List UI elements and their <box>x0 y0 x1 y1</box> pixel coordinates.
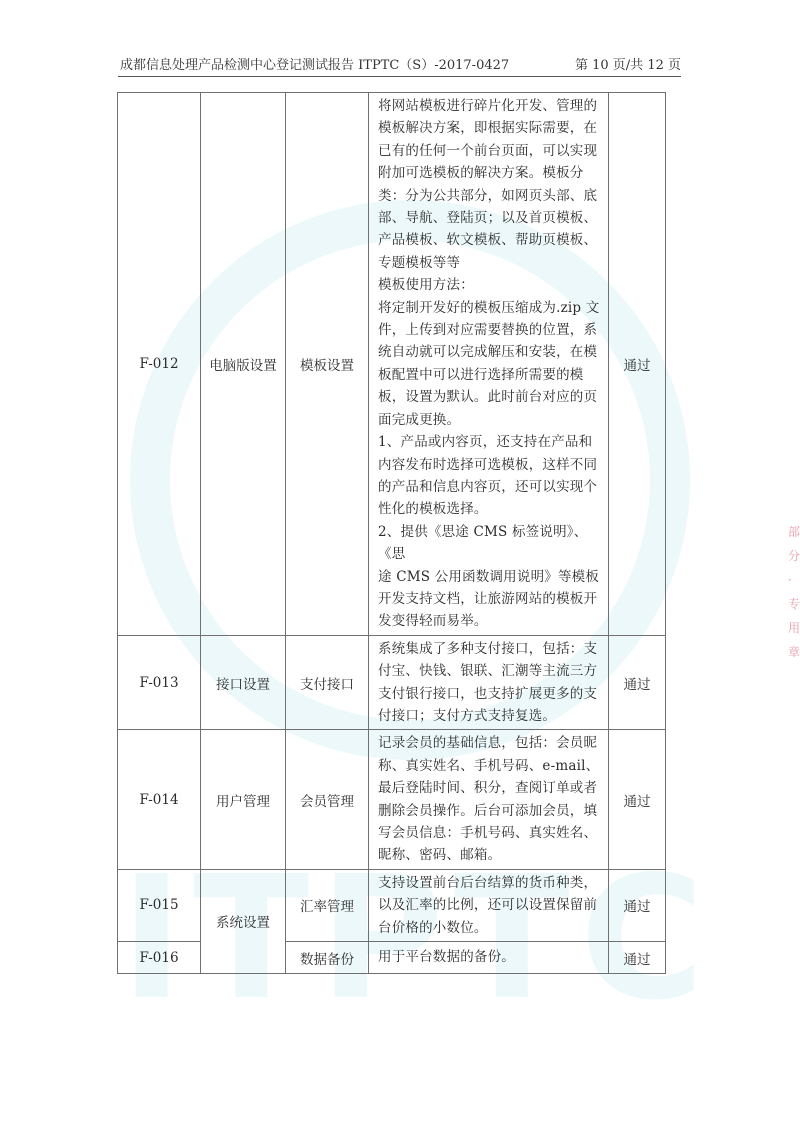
result-cell: 通过 <box>609 93 666 636</box>
test-id-cell: F-013 <box>118 635 201 730</box>
table-row: F-015 系统设置 汇率管理 支持设置前台后台结算的货币种类， 以及汇率的比例… <box>118 869 666 941</box>
result-cell: 通过 <box>609 869 666 941</box>
table-row: F-013 接口设置 支付接口 系统集成了多种支付接口，包括：支 付宝、快钱、银… <box>118 635 666 730</box>
description-cell: 用于平台数据的备份。 <box>369 942 609 974</box>
table-row: F-016 数据备份 用于平台数据的备份。 通过 <box>118 942 666 974</box>
table-row: F-014 用户管理 会员管理 记录会员的基础信息，包括：会员昵 称、真实姓名、… <box>118 730 666 869</box>
result-cell: 通过 <box>609 942 666 974</box>
module-cell: 用户管理 <box>201 730 286 869</box>
report-title: 成都信息处理产品检测中心登记测试报告 ITPTC（S）-2017-0427 <box>120 54 509 73</box>
function-cell: 会员管理 <box>286 730 369 869</box>
module-cell: 接口设置 <box>201 635 286 730</box>
function-cell: 汇率管理 <box>286 869 369 941</box>
result-cell: 通过 <box>609 635 666 730</box>
seal-stamp-fragment: 部 分 · 专 用 章 <box>788 520 800 680</box>
function-cell: 模板设置 <box>286 93 369 636</box>
description-cell: 系统集成了多种支付接口，包括：支 付宝、快钱、银联、汇潮等主流三方 支付银行接口… <box>369 635 609 730</box>
function-cell: 支付接口 <box>286 635 369 730</box>
test-id-cell: F-012 <box>118 93 201 636</box>
module-cell: 系统设置 <box>201 869 286 973</box>
test-id-cell: F-015 <box>118 869 201 941</box>
function-cell: 数据备份 <box>286 942 369 974</box>
description-cell: 支持设置前台后台结算的货币种类， 以及汇率的比例，还可以设置保留前 台价格的小数… <box>369 869 609 941</box>
description-cell: 记录会员的基础信息，包括：会员昵 称、真实姓名、手机号码、e-mail、 最后登… <box>369 730 609 869</box>
test-results-table: F-012 电脑版设置 模板设置 将网站模板进行碎片化开发、管理的 模板解决方案… <box>117 92 666 974</box>
page-indicator: 第 10 页/共 12 页 <box>575 54 681 73</box>
page-header: 成都信息处理产品检测中心登记测试报告 ITPTC（S）-2017-0427 第 … <box>118 50 681 77</box>
result-cell: 通过 <box>609 730 666 869</box>
module-cell: 电脑版设置 <box>201 93 286 636</box>
test-id-cell: F-016 <box>118 942 201 974</box>
table-row: F-012 电脑版设置 模板设置 将网站模板进行碎片化开发、管理的 模板解决方案… <box>118 93 666 636</box>
test-id-cell: F-014 <box>118 730 201 869</box>
description-cell: 将网站模板进行碎片化开发、管理的 模板解决方案，即根据实际需要，在 已有的任何一… <box>369 93 609 636</box>
